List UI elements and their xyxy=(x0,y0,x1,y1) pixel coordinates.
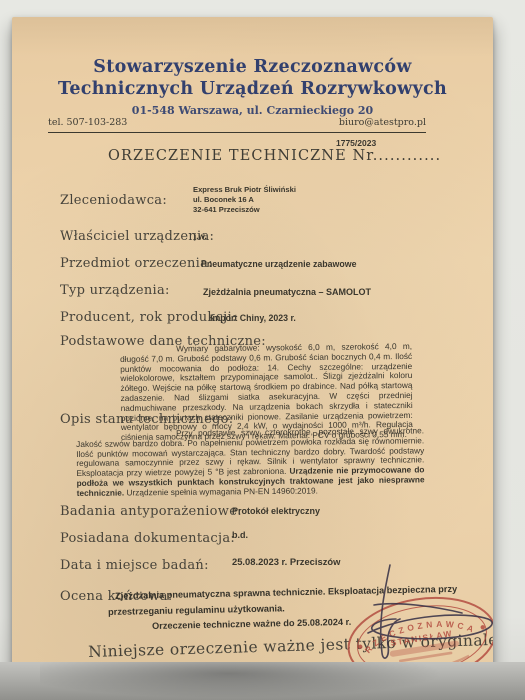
email-address: biuro@atestpro.pl xyxy=(339,117,426,128)
condition-description-paragraph: Przy podstawie szwy czterokrotne, pozost… xyxy=(76,426,425,498)
section-label-opis-stanu: Opis stanu technicznego: xyxy=(60,412,234,427)
document-title-text: ORZECZENIE TECHNICZNE Nr xyxy=(108,148,373,164)
handwritten-signature xyxy=(368,565,492,658)
final-assessment-line2: przestrzeganiu regulaminu użytkowania. xyxy=(108,603,285,617)
field-label-zleceniodawca: Zleceniodawca: xyxy=(60,193,167,208)
contact-row: tel. 507-103-283 biuro@atestpro.pl xyxy=(48,117,426,128)
field-value-wlasciciel: j.w. xyxy=(194,232,207,241)
field-label-badania: Badania antyporażeniowe: xyxy=(60,504,242,519)
document-title-dots: ............ xyxy=(373,148,442,164)
client-street: ul. Boconek 16 A xyxy=(193,195,296,205)
field-value-dokumentacja: b.d. xyxy=(232,530,248,540)
field-label-dokumentacja: Posiadana dokumentacja: xyxy=(60,531,235,546)
client-name: Express Bruk Piotr Śliwiński xyxy=(193,185,296,195)
phone-number: tel. 507-103-283 xyxy=(48,117,127,128)
organization-address: 01-548 Warszawa, ul. Czarnieckiego 20 xyxy=(12,104,493,117)
field-label-wlasciciel: Właściciel urządzenia: xyxy=(60,229,214,244)
field-label-przedmiot: Przedmiot orzeczenia: xyxy=(60,256,213,271)
client-city: 32-641 Przeciszów xyxy=(193,205,296,215)
table-surface-background xyxy=(0,662,525,700)
condition-text-after: Urządzenie spełnia wymagania PN-EN 14960… xyxy=(124,485,318,497)
field-value-badania: Protokół elektryczny xyxy=(232,506,320,516)
field-value-przedmiot: Pneumatyczne urządzenie zabawowe xyxy=(201,259,356,269)
field-label-typ: Typ urządzenia: xyxy=(60,283,170,298)
document-number: 1775/2023 xyxy=(336,138,376,148)
document-title: ORZECZENIE TECHNICZNE Nr............ xyxy=(108,148,441,164)
field-label-data-badan: Data i miejsce badań: xyxy=(60,558,209,573)
client-address-block: Express Bruk Piotr Śliwiński ul. Boconek… xyxy=(193,185,296,215)
field-value-producent: Import Chiny, 2023 r. xyxy=(210,313,296,323)
header-divider-line xyxy=(48,132,426,133)
document-paper: Stowarzyszenie Rzeczoznawców Technicznyc… xyxy=(12,17,493,672)
expert-stamp: RZECZOZNAWCA STANISŁAW xyxy=(338,561,493,672)
organization-name-line2: Technicznych Urządzeń Rozrywkowych xyxy=(12,79,493,99)
final-assessment-validity: Orzeczenie techniczne ważne do 25.08.202… xyxy=(152,617,351,631)
field-value-typ: Zjeżdżalnia pneumatyczna – SAMOLOT xyxy=(203,287,371,297)
field-value-data-badan: 25.08.2023 r. Przeciszów xyxy=(232,556,340,567)
organization-name-line1: Stowarzyszenie Rzeczoznawców xyxy=(12,57,493,77)
paper-cast-shadow xyxy=(40,662,460,700)
